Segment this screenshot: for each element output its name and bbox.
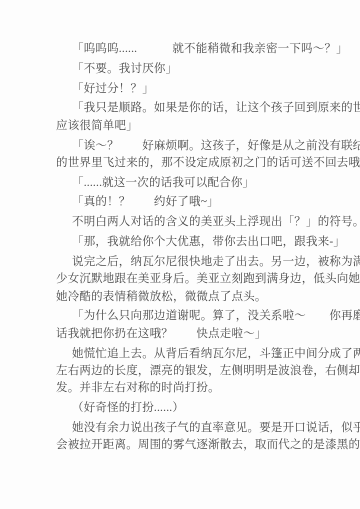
text-line: 左右两边的长度，漂亮的银发，左侧明明是波浪卷，右侧却是直: [56, 363, 316, 380]
text-line: 不明白两人对话的含义的美亚头上浮现出「？」的符号。: [56, 214, 316, 231]
paragraph: 「好过分！？」: [56, 81, 316, 98]
text-line: 「好过分！？」: [56, 81, 316, 98]
paragraph: 不明白两人对话的含义的美亚头上浮现出「？」的符号。: [56, 214, 316, 231]
paragraph: 「为什么只向那边道谢呢。算了，没关系啦～ 你再磨蹭的话我就把你扔在这哦？ 快点走…: [56, 308, 316, 343]
text-line: 的世界里飞过来的，那不设定成原初之门的话可送不回去哦~」: [56, 155, 316, 172]
paragraph: 「真的！？ 约好了哦~」: [56, 194, 316, 211]
text-line: 「诶～？ 好麻烦啊。这孩子，好像是从之前没有联结过: [56, 138, 316, 155]
text-line: 「为什么只向那边道谢呢。算了，没关系啦～ 你再磨蹭的: [56, 308, 316, 325]
text-line: 少女沉默地跟在美亚身后。美亚立刻跑到满身边，低头向她道谢。: [56, 271, 316, 288]
paragraph: 她没有余力说出孩子气的直率意见。要是开口说话，似乎就会被拉开距离。周围的雾气逐渐…: [56, 420, 316, 455]
text-line: 话我就把你扔在这哦？ 快点走啦～」: [56, 326, 316, 343]
text-line: 「不要。我讨厌你」: [56, 61, 316, 78]
paragraph: 「......就这一次的话我可以配合你」: [56, 175, 316, 192]
text-line: 她没有余力说出孩子气的直率意见。要是开口说话，似乎就: [56, 420, 316, 437]
text-line: 说完之后，纳瓦尔尼很快地走了出去。另一边，被称为满的: [56, 254, 316, 271]
text-line: 「那，我就给你个大优惠，带你去出口吧，跟我来-」: [56, 234, 316, 251]
paragraph: 说完之后，纳瓦尔尼很快地走了出去。另一边，被称为满的少女沉默地跟在美亚身后。美亚…: [56, 254, 316, 306]
paragraph: 「呜呜呜...... 就不能稍微和我亲密一下吗～？」: [56, 41, 316, 58]
paragraph: 「那，我就给你个大优惠，带你去出口吧，跟我来-」: [56, 234, 316, 251]
text-line: 会被拉开距离。周围的雾气逐渐散去，取而代之的是漆黑的雪。: [56, 437, 316, 454]
text-line: 「呜呜呜...... 就不能稍微和我亲密一下吗～？」: [56, 41, 316, 58]
paragraph: 「我只是顺路。如果是你的话，让这个孩子回到原来的世界应该很简单吧」: [56, 100, 316, 135]
text-line: 「......就这一次的话我可以配合你」: [56, 175, 316, 192]
paragraph: （好奇怪的打扮......）: [56, 400, 316, 417]
text-line: 「真的！？ 约好了哦~」: [56, 194, 316, 211]
novel-page: 「呜呜呜...... 就不能稍微和我亲密一下吗～？」「不要。我讨厌你」「好过分！…: [0, 0, 360, 509]
document-page: { "page": { "background_color": "#fdfdfd…: [0, 0, 360, 509]
paragraph: 「不要。我讨厌你」: [56, 61, 316, 78]
text-line: （好奇怪的打扮......）: [56, 400, 316, 417]
paragraph: 「诶～？ 好麻烦啊。这孩子，好像是从之前没有联结过的世界里飞过来的，那不设定成原…: [56, 138, 316, 173]
text-line: 发。并非左右对称的时尚打扮。: [56, 380, 316, 397]
text-line: 应该很简单吧」: [56, 118, 316, 135]
page-text: 「呜呜呜...... 就不能稍微和我亲密一下吗～？」「不要。我讨厌你」「好过分！…: [0, 0, 360, 455]
text-line: 她慌忙追上去。从背后看纳瓦尔尼，斗篷正中间分成了两半，: [56, 346, 316, 363]
text-line: 她冷酷的表情稍微放松，微微点了点头。: [56, 289, 316, 306]
text-line: 「我只是顺路。如果是你的话，让这个孩子回到原来的世界: [56, 100, 316, 117]
paragraph: 她慌忙追上去。从背后看纳瓦尔尼，斗篷正中间分成了两半，左右两边的长度，漂亮的银发…: [56, 346, 316, 398]
